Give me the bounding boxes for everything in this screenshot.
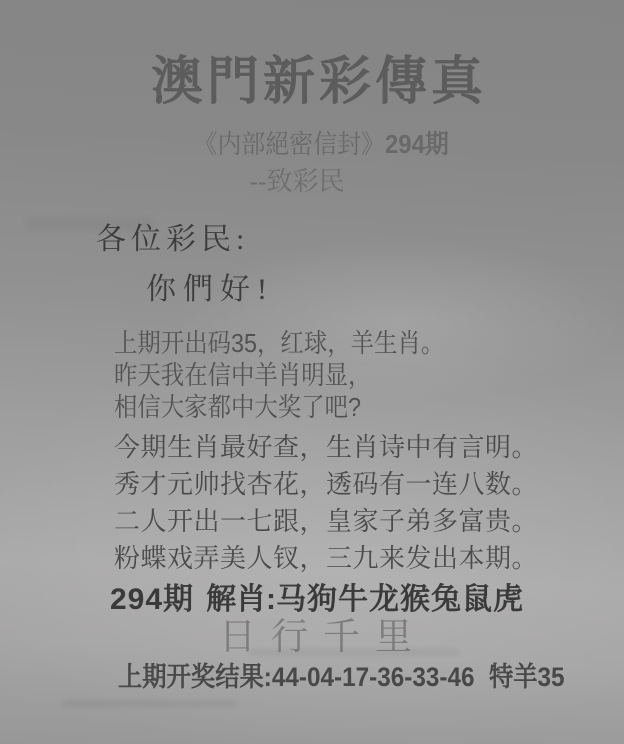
intro-line-3: 相信大家都中大奖了吧? xyxy=(114,391,444,423)
result-label: 上期开奖结果: xyxy=(118,662,272,692)
result-special-number: 特羊35 xyxy=(489,662,565,692)
page-title: 澳門新彩傳真 xyxy=(0,52,624,112)
watermark-text: 日行千里 xyxy=(0,616,624,660)
greeting: 你們好! xyxy=(146,272,274,308)
decode-label: 解肖: xyxy=(206,583,276,616)
scan-artifact xyxy=(62,700,237,707)
poem-line-2: 秀才元帅找杏花，透码有一连八数。 xyxy=(114,466,538,503)
subtitle-issue-number: 294期 xyxy=(385,129,449,159)
dedication-line: --致彩民 xyxy=(0,166,624,198)
fax-sheet: 澳門新彩傳真 《内部絕密信封》294期 --致彩民 各位彩民: 你們好! 上期开… xyxy=(0,0,624,744)
poem-line-1: 今期生肖最好查，生肖诗中有言明。 xyxy=(114,429,538,466)
previous-result-line: 上期开奖结果:44-04-17-36-33-46特羊35 xyxy=(118,660,565,694)
intro-paragraph: 上期开出码35，红球，羊生肖。 昨天我在信中羊肖明显， 相信大家都中大奖了吧? xyxy=(114,327,444,423)
intro-line-1: 上期开出码35，红球，羊生肖。 xyxy=(114,327,444,359)
result-numbers: 44-04-17-36-33-46 xyxy=(272,662,475,692)
subtitle-book-title: 《内部絕密信封》 xyxy=(194,130,385,159)
poem-line-3: 二人开出一七跟，皇家子弟多富贵。 xyxy=(114,503,538,540)
salutation: 各位彩民: xyxy=(96,222,249,258)
decode-issue-number: 294期 xyxy=(110,583,194,616)
poem-line-4: 粉蝶戏弄美人钗，三九来发出本期。 xyxy=(114,540,538,577)
zodiac-list: 马狗牛龙猴兔鼠虎 xyxy=(276,583,524,616)
zodiac-poem: 今期生肖最好查，生肖诗中有言明。 秀才元帅找杏花，透码有一连八数。 二人开出一七… xyxy=(114,429,538,577)
zodiac-decode-line: 294期解肖:马狗牛龙猴兔鼠虎 xyxy=(110,582,524,618)
subtitle: 《内部絕密信封》294期 xyxy=(25,128,599,161)
intro-line-2: 昨天我在信中羊肖明显， xyxy=(114,359,444,391)
